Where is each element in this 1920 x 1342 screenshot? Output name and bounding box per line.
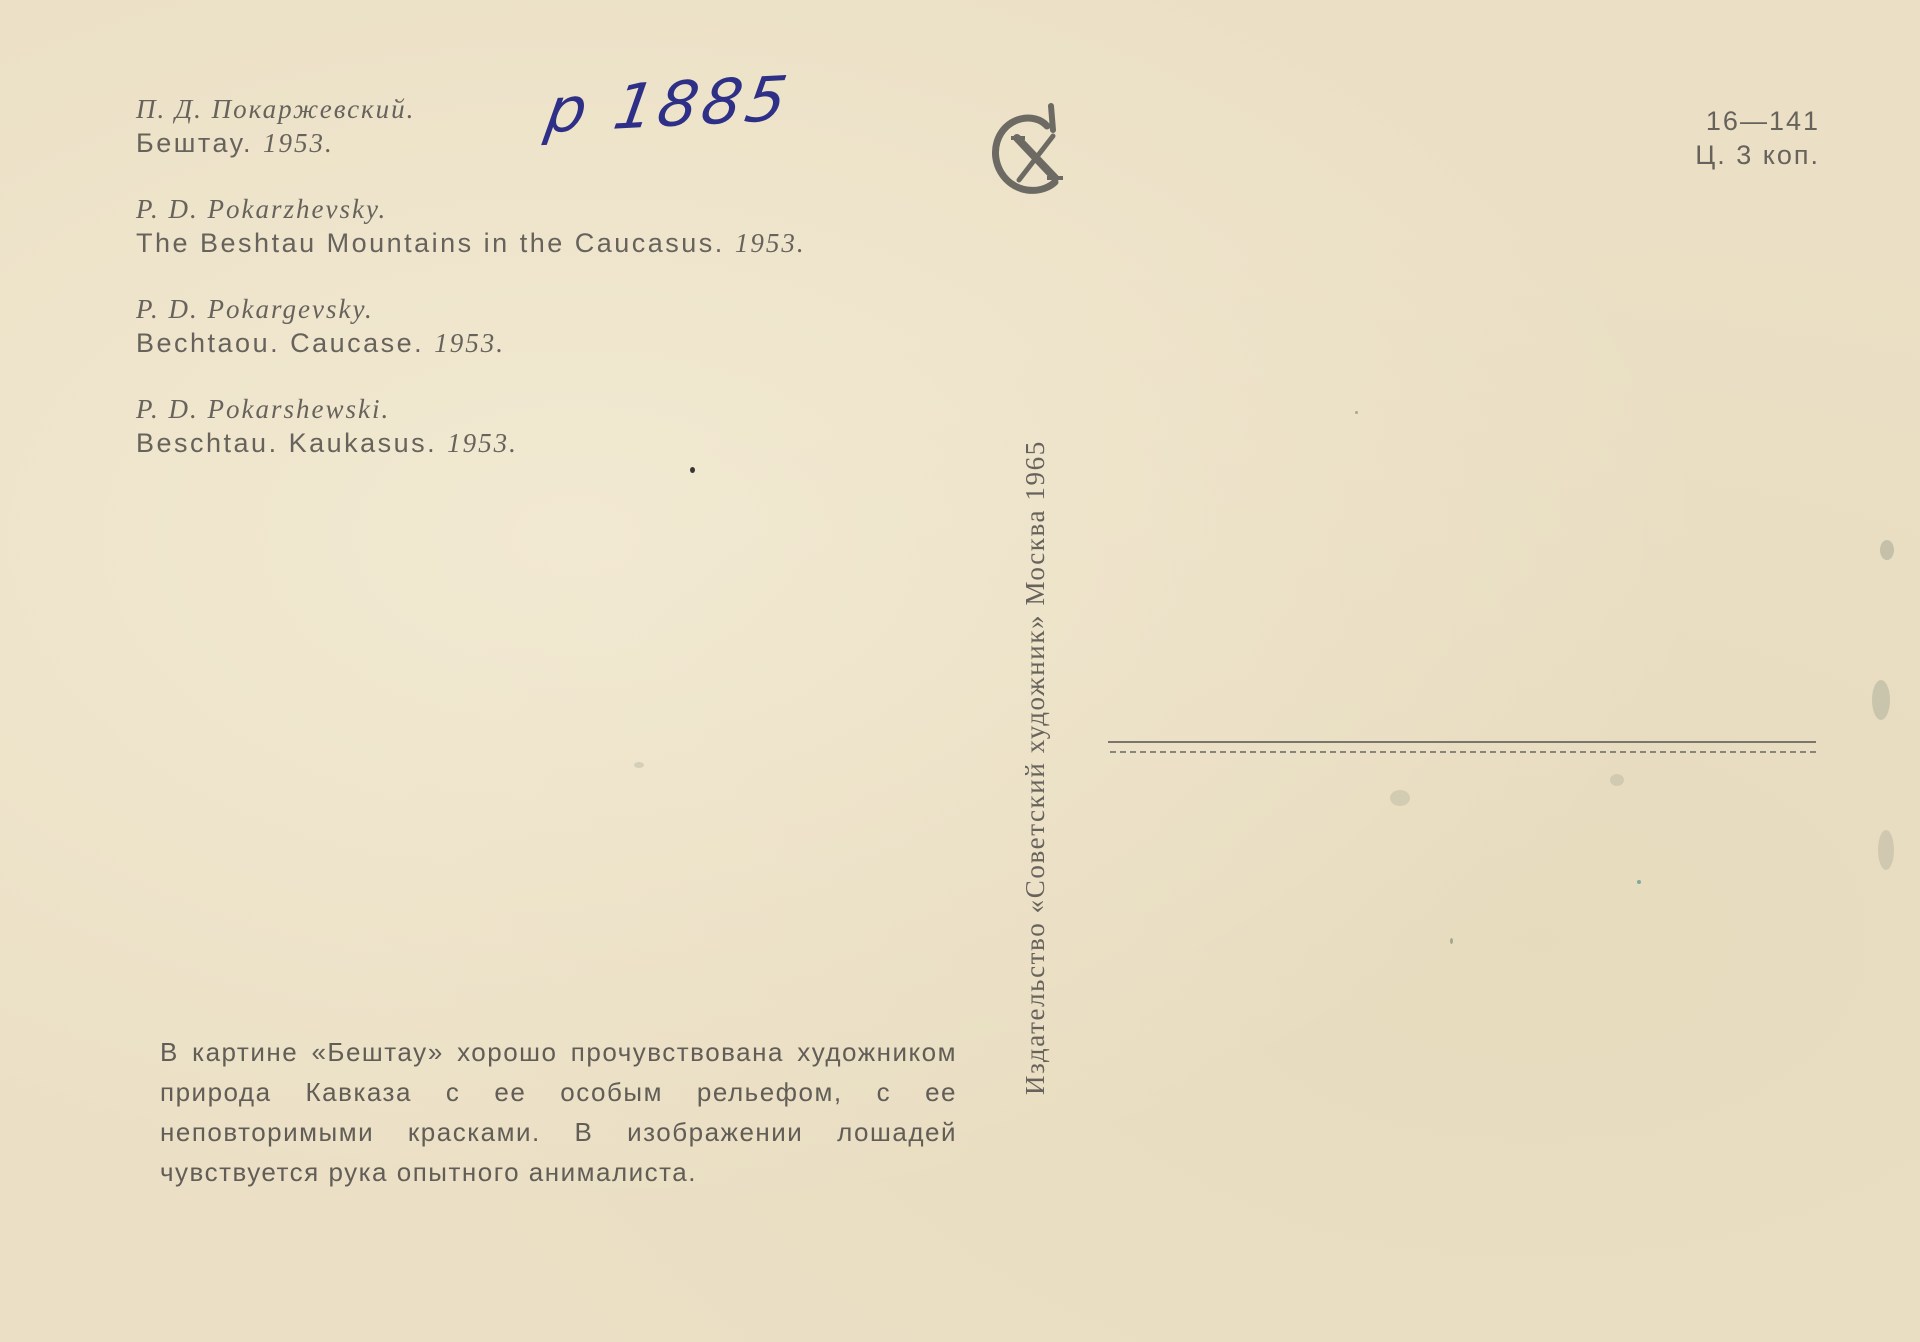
- artist-name-ru: П. Д. Покаржевский.: [136, 92, 415, 126]
- painting-title-en: The Beshtau Mountains in the Caucasus. 1…: [136, 226, 806, 260]
- paper-speck: [1355, 411, 1358, 414]
- paper-speck: [1610, 774, 1624, 786]
- paper-speck: [1637, 880, 1641, 884]
- year-ru: 1953.: [263, 128, 334, 158]
- paper-speck: [1390, 790, 1410, 806]
- publisher-logo-icon: [985, 100, 1075, 200]
- artist-name-fr: P. D. Pokargevsky.: [136, 292, 505, 326]
- description-text: В картине «Бештау» хорошо прочувствована…: [160, 1032, 957, 1192]
- paper-speck: [1880, 540, 1894, 560]
- publisher-imprint: Издательство «Советский художник» Москва…: [1020, 257, 1051, 1095]
- address-line-dashed: [1110, 751, 1816, 753]
- artist-name-en: P. D. Pokarzhevsky.: [136, 192, 806, 226]
- handwritten-inventory-number: p 1885: [541, 62, 796, 148]
- painting-description: В картине «Бештау» хорошо прочувствована…: [160, 1032, 957, 1192]
- artist-name-de: P. D. Pokarshewski.: [136, 392, 518, 426]
- title-en-text: The Beshtau Mountains in the Caucasus.: [136, 228, 725, 258]
- caption-german: P. D. Pokarshewski. Beschtau. Kaukasus. …: [136, 392, 518, 460]
- caption-russian: П. Д. Покаржевский. Бештау. 1953.: [136, 92, 415, 160]
- year-fr: 1953.: [434, 328, 505, 358]
- paper-speck: [1872, 680, 1890, 720]
- title-ru-text: Бештау.: [136, 128, 253, 158]
- paper-speck: [1450, 938, 1453, 944]
- title-fr-text: Bechtaou. Caucase.: [136, 328, 424, 358]
- painting-title-de: Beschtau. Kaukasus. 1953.: [136, 426, 518, 460]
- painting-title-ru: Бештау. 1953.: [136, 126, 415, 160]
- address-line: [1108, 741, 1816, 743]
- paper-speck: [634, 762, 644, 768]
- catalog-code: 16—141: [1695, 104, 1820, 138]
- painting-title-fr: Bechtaou. Caucase. 1953.: [136, 326, 505, 360]
- price-label: Ц. 3 коп.: [1695, 138, 1820, 172]
- catalog-info: 16—141 Ц. 3 коп.: [1695, 104, 1820, 172]
- paper-speck: [690, 467, 695, 473]
- year-de: 1953.: [447, 428, 518, 458]
- paper-speck: [1878, 830, 1894, 870]
- year-en: 1953.: [735, 228, 806, 258]
- caption-english: P. D. Pokarzhevsky. The Beshtau Mountain…: [136, 192, 806, 260]
- caption-french: P. D. Pokargevsky. Bechtaou. Caucase. 19…: [136, 292, 505, 360]
- title-de-text: Beschtau. Kaukasus.: [136, 428, 437, 458]
